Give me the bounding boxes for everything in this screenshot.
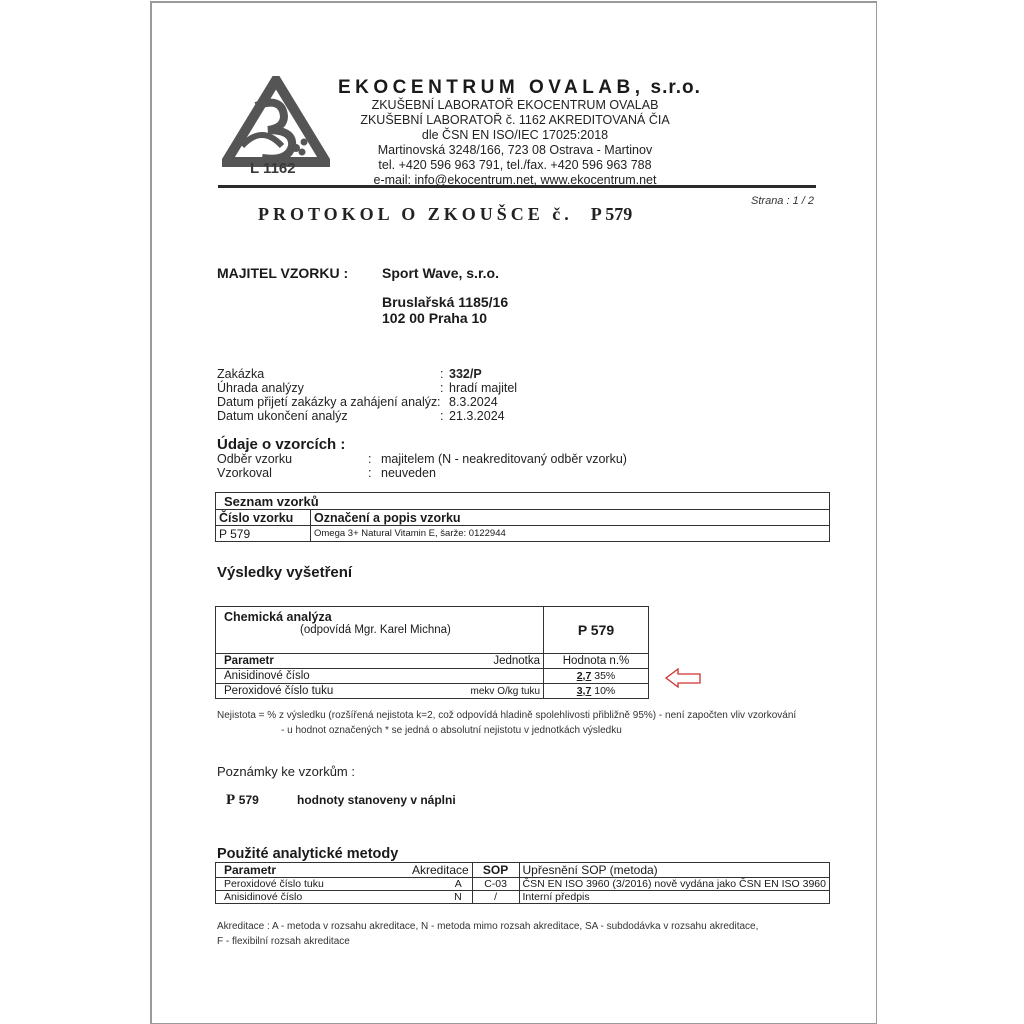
arrow-left-icon [664, 667, 704, 689]
order-colon: : [440, 367, 443, 381]
param-name: Anisidinové číslo [216, 669, 417, 684]
sampling-value: majitelem (N - neakreditovaný odběr vzor… [381, 452, 627, 466]
header-line: Martinovská 3248/166, 723 08 Ostrava - M… [345, 143, 685, 157]
sampling-colon: : [368, 452, 371, 466]
method-param: Peroxidové číslo tuku [216, 878, 327, 891]
method-accreditation: N [327, 891, 472, 904]
methods-title: Použité analytické metody [217, 846, 398, 862]
sample-info-title: Údaje o vzorcích : [217, 436, 345, 453]
page-indicator: Strana : 1 / 2 [751, 195, 814, 207]
col-sample-description: Označení a popis vzorku [311, 510, 830, 526]
col-sop-detail: Upřesnění SOP (metoda) [519, 863, 830, 878]
chemical-analysis-table: Chemická analýza (odpovídá Mgr. Karel Mi… [215, 606, 649, 699]
results-title: Výsledky vyšetření [217, 564, 352, 581]
method-accreditation: A [327, 878, 472, 891]
col-parameter: Parametr [216, 654, 417, 669]
table-row: Anisidinové číslo 2,7 35% [216, 669, 649, 684]
result-value: 3,7 [577, 685, 592, 697]
finished-label: Datum ukončení analýz [217, 409, 348, 423]
sample-list-table: Seznam vzorků Číslo vzorku Označení a po… [215, 492, 830, 542]
header-line: ZKUŠEBNÍ LABORATOŘ č. 1162 AKREDITOVANÁ … [345, 113, 685, 127]
table-row: Peroxidové číslo tuku A C-03 ČSN EN ISO … [216, 878, 830, 891]
accreditation-legend-2: F - flexibilní rozsah akreditace [217, 936, 350, 947]
param-unit [417, 669, 544, 684]
param-name: Peroxidové číslo tuku [216, 684, 417, 699]
result-uncertainty: 35% [594, 670, 615, 682]
result-value: 2,7 [577, 670, 592, 682]
sampling-label: Odběr vzorku [217, 452, 292, 466]
owner-name: Sport Wave, s.r.o. [382, 265, 499, 281]
header-line: dle ČSN EN ISO/IEC 17025:2018 [345, 128, 685, 142]
sampler-label: Vzorkoval [217, 466, 272, 480]
responsible-person: (odpovídá Mgr. Karel Michna) [224, 624, 535, 636]
header-line: ZKUŠEBNÍ LABORATOŘ EKOCENTRUM OVALAB [345, 98, 685, 112]
table-row: Peroxidové číslo tuku mekv O/kg tuku 3,7… [216, 684, 649, 699]
received-colon: : [437, 395, 440, 409]
payment-colon: : [440, 381, 443, 395]
table-row: Anisidinové číslo N / Interní předpis [216, 891, 830, 904]
method-detail: ČSN EN ISO 3960 (3/2016) nově vydána jak… [519, 878, 830, 891]
col-parameter: Parametr [216, 863, 327, 878]
analysis-title: Chemická analýza [224, 610, 535, 624]
col-sop: SOP [472, 863, 519, 878]
sampler-colon: : [368, 466, 371, 480]
param-unit: mekv O/kg tuku [417, 684, 544, 699]
order-label: Zakázka [217, 367, 264, 381]
col-unit: Jednotka [417, 654, 544, 669]
owner-city: 102 00 Praha 10 [382, 310, 487, 326]
company-name: EKOCENTRUM OVALAB,s.r.o. [338, 77, 701, 99]
col-sample-number: Číslo vzorku [216, 510, 311, 526]
col-value: Hodnota n.% [544, 654, 649, 669]
owner-label: MAJITEL VZORKU : [217, 265, 348, 281]
sampler-value: neuveden [381, 466, 436, 480]
received-value: 8.3.2024 [449, 395, 498, 409]
col-accreditation: Akreditace [327, 863, 472, 878]
method-sop: / [472, 891, 519, 904]
uncertainty-note: Nejistota = % z výsledku (rozšířená neji… [217, 710, 796, 721]
method-detail: Interní předpis [519, 891, 830, 904]
notes-text: hodnoty stanoveny v náplni [297, 793, 456, 807]
received-label: Datum přijetí zakázky a zahájení analýz [217, 395, 437, 409]
methods-table: Parametr Akreditace SOP Upřesnění SOP (m… [215, 862, 830, 904]
sample-description: Omega 3+ Natural Vitamin E, šarže: 01229… [311, 526, 830, 542]
header-divider [218, 185, 816, 188]
table-row: P 579 Omega 3+ Natural Vitamin E, šarže:… [216, 526, 830, 542]
header-line: tel. +420 596 963 791, tel./fax. +420 59… [345, 158, 685, 172]
finished-colon: : [440, 409, 443, 423]
method-sop: C-03 [472, 878, 519, 891]
sample-list-title: Seznam vzorků [216, 493, 830, 510]
payment-label: Úhrada analýzy [217, 381, 304, 395]
uncertainty-note-2: - u hodnot označených * se jedná o absol… [281, 725, 622, 736]
finished-value: 21.3.2024 [449, 409, 505, 423]
notes-sample: P 579 [226, 792, 259, 809]
accreditation-legend: Akreditace : A - metoda v rozsahu akredi… [217, 921, 758, 932]
result-uncertainty: 10% [594, 685, 615, 697]
sample-column: P 579 [544, 607, 649, 654]
method-param: Anisidinové číslo [216, 891, 327, 904]
payment-value: hradí majitel [449, 381, 517, 395]
order-value: 332/P [449, 367, 482, 381]
sample-id: P 579 [216, 526, 311, 542]
protocol-title: PROTOKOL O ZKOUŠCE č.P 579 [258, 204, 632, 225]
lab-code: L 1162 [250, 160, 296, 177]
owner-street: Bruslařská 1185/16 [382, 294, 508, 310]
notes-title: Poznámky ke vzorkům : [217, 764, 355, 779]
